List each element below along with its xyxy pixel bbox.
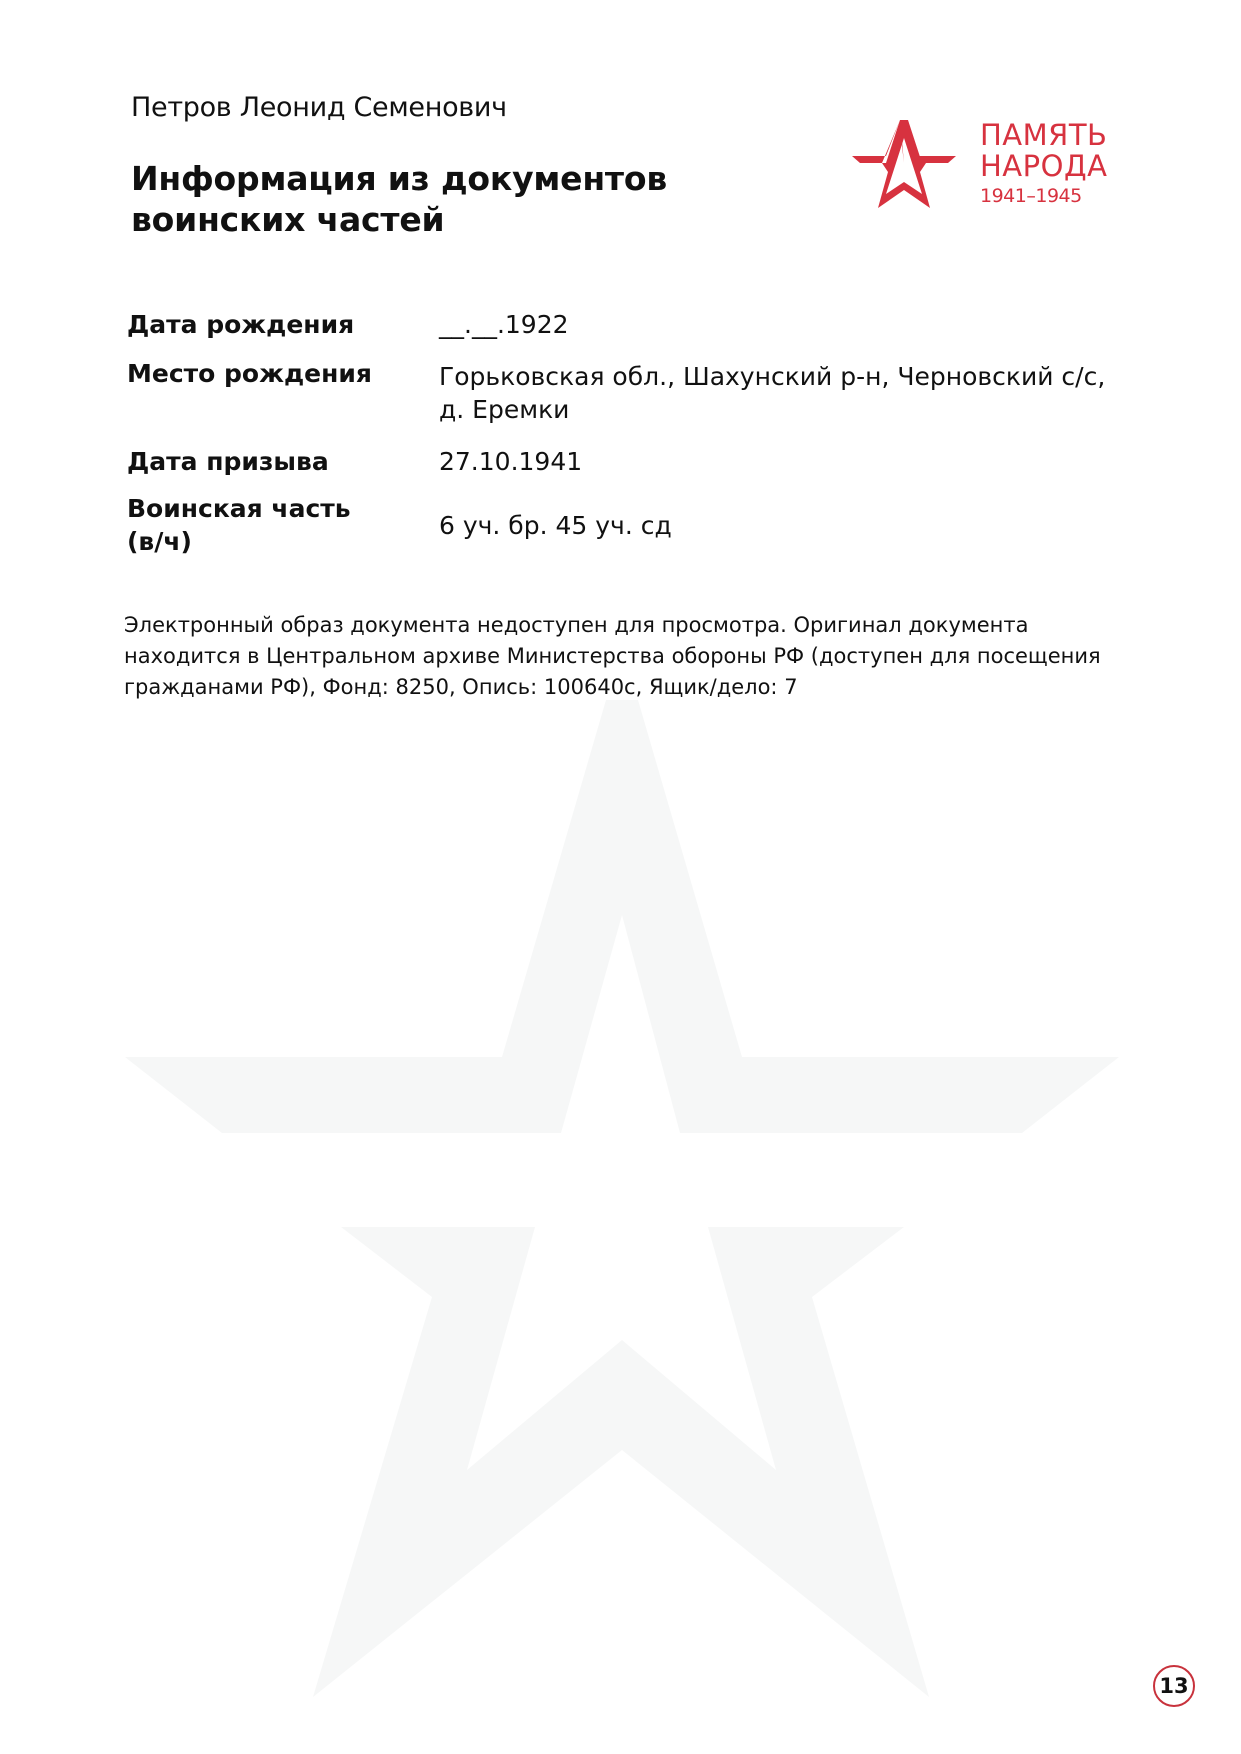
field-label: Дата призыва bbox=[127, 437, 439, 485]
field-value: __.__.1922 bbox=[439, 300, 1127, 349]
field-value: Горьковская обл., Шахунский р-н, Черновс… bbox=[439, 349, 1127, 437]
info-row-birth-date: Дата рождения __.__.1922 bbox=[127, 300, 1127, 349]
pamyat-naroda-logo: ПАМЯТЬ НАРОДА 1941–1945 bbox=[852, 116, 1132, 220]
info-row-birth-place: Место рождения Горьковская обл., Шахунск… bbox=[127, 349, 1127, 437]
person-name: Петров Леонид Семенович bbox=[131, 92, 507, 123]
field-label-text: Воинская часть (в/ч) bbox=[127, 492, 357, 558]
field-label: Воинская часть (в/ч) bbox=[127, 485, 439, 565]
star-watermark-icon bbox=[0, 0, 1241, 1754]
archive-note: Электронный образ документа недоступен д… bbox=[124, 610, 1124, 703]
info-row-draft-date: Дата призыва 27.10.1941 bbox=[127, 437, 1127, 485]
red-star-icon bbox=[852, 116, 956, 216]
field-label: Дата рождения bbox=[127, 300, 439, 349]
info-row-military-unit: Воинская часть (в/ч) 6 уч. бр. 45 уч. сд bbox=[127, 485, 1127, 565]
field-value: 6 уч. бр. 45 уч. сд bbox=[439, 485, 1127, 565]
info-table: Дата рождения __.__.1922 Место рождения … bbox=[127, 300, 1127, 565]
logo-years: 1941–1945 bbox=[980, 182, 1107, 210]
field-value: 27.10.1941 bbox=[439, 437, 1127, 485]
logo-text: ПАМЯТЬ НАРОДА 1941–1945 bbox=[980, 120, 1107, 210]
logo-line-1: ПАМЯТЬ bbox=[980, 120, 1107, 151]
logo-line-2: НАРОДА bbox=[980, 151, 1107, 182]
page-title: Информация из документов воинских частей bbox=[131, 158, 831, 240]
field-label: Место рождения bbox=[127, 349, 439, 437]
page-number: 13 bbox=[1153, 1665, 1195, 1707]
